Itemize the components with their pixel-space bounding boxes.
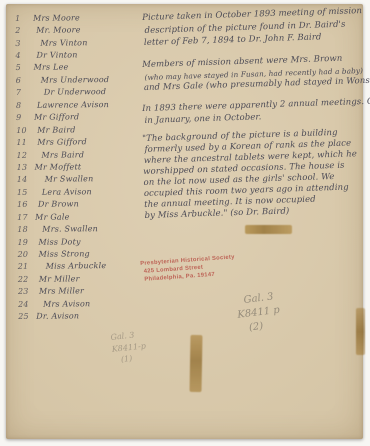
list-item-name: Mr Baird [37, 125, 75, 134]
list-item-number: 20 [17, 250, 32, 259]
list-item-number: 22 [18, 275, 33, 284]
list-item-name: Dr. Avison [36, 312, 79, 321]
list-item-number: 21 [18, 262, 33, 271]
list-item-number: 1 [15, 14, 30, 23]
list-item-name: Lawrence Avison [37, 100, 109, 110]
adhesive-stain [190, 335, 203, 392]
catalog-number-note-left: Gal. 3K8411-p(1) [110, 328, 148, 366]
list-item-name: Mr Miller [39, 274, 80, 283]
list-item-name: Mrs Avison [43, 299, 90, 308]
note-paragraph-meetings: In 1893 there were apparently 2 annual m… [142, 97, 370, 127]
list-item-name: Mrs Baird [41, 150, 84, 159]
list-item-number: 11 [16, 138, 31, 147]
list-item-name: Mr Moffett [35, 162, 82, 171]
list-item-name: Dr Brown [38, 200, 79, 209]
list-item-name: Mr Swallen [45, 175, 94, 185]
list-item-name: Mrs. Swallen [42, 224, 98, 234]
attendee-list: 1Mrs Moore2Mr. Moore3Mrs Vinton4Dr Vinto… [15, 11, 144, 323]
list-item-number: 18 [17, 225, 32, 234]
list-item-number: 13 [17, 163, 32, 172]
list-item-number: 16 [17, 200, 32, 209]
list-item-name: Dr Vinton [36, 50, 77, 59]
list-item-number: 19 [17, 237, 32, 246]
list-item-name: Miss Doty [38, 237, 80, 246]
note-paragraph-baird-quote: "The background of the picture is a buil… [142, 127, 370, 222]
list-item-number: 7 [16, 88, 31, 97]
list-item-number: 10 [16, 125, 31, 134]
list-item-name: Mrs Vinton [40, 38, 87, 47]
photo-verso-card: 1Mrs Moore2Mr. Moore3Mrs Vinton4Dr Vinto… [6, 4, 363, 439]
list-item-number: 2 [15, 26, 30, 35]
handwritten-line: (1) [120, 351, 147, 365]
list-item-name: Mr. Moore [36, 25, 80, 34]
list-item-number: 9 [16, 113, 31, 122]
list-item-name: Miss Strong [38, 249, 89, 259]
list-item-name: Miss Arbuckle [46, 262, 107, 272]
list-item-name: Mr Gifford [34, 113, 79, 122]
list-item-number: 6 [16, 76, 31, 85]
note-paragraph-picture-info: Picture taken in October 1893 meeting of… [142, 5, 370, 50]
list-item-number: 25 [18, 312, 33, 321]
adhesive-stain [245, 225, 292, 234]
list-item-name: Mrs Miller [39, 287, 84, 296]
list-item-number: 24 [18, 300, 33, 309]
list-item-name: Mr Gale [35, 212, 70, 221]
adhesive-stain [356, 308, 365, 355]
list-item-number: 15 [17, 188, 32, 197]
list-item: 25Dr. Avison [18, 309, 144, 323]
list-item-number: 14 [17, 175, 32, 184]
list-item-number: 17 [17, 213, 32, 222]
list-item-number: 23 [18, 287, 33, 296]
list-item-name: Mrs Gifford [37, 137, 87, 147]
list-item-number: 5 [16, 63, 31, 72]
note-paragraph-absent-members: Members of mission absent were Mrs. Brow… [142, 53, 370, 95]
list-item-number: 12 [16, 150, 31, 159]
list-item-number: 8 [16, 101, 31, 110]
list-item-name: Mrs Underwood [41, 75, 110, 85]
catalog-number-note-right: Gal. 3K8411 p(2) [235, 290, 282, 337]
list-item-name: Lera Avison [42, 187, 92, 197]
list-item-name: Mrs Moore [33, 13, 80, 22]
archive-stamp: Presbyterian Historical Society425 Lomba… [140, 252, 251, 284]
list-item-number: 4 [15, 51, 30, 60]
list-item-name: Dr Underwood [44, 87, 106, 97]
list-item-name: Mrs Lee [34, 63, 69, 72]
handwritten-line: (2) [248, 318, 282, 336]
list-item-number: 3 [15, 38, 30, 47]
